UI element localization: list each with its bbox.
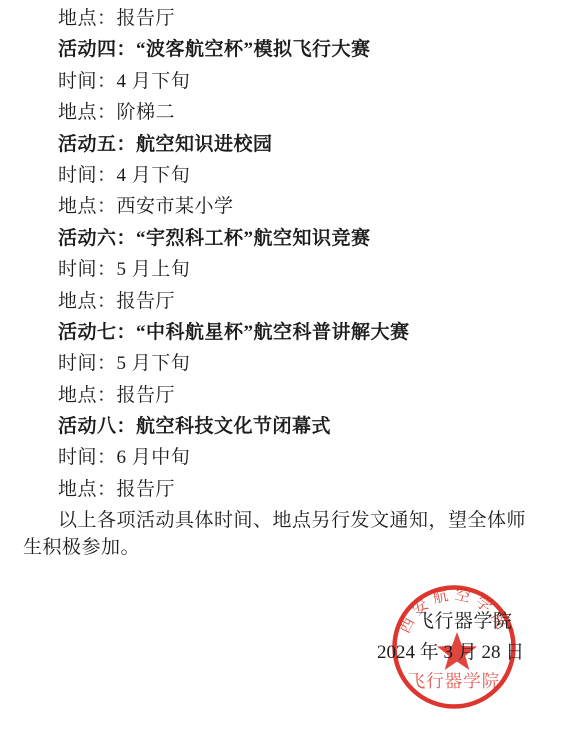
activity-title-line: 活动八：航空科技文化节闭幕式 (23, 411, 565, 442)
detail-line: 时间：6 月中旬 (23, 442, 565, 473)
detail-line: 地点：报告厅 (23, 286, 565, 317)
activity-title-line: 活动五：航空知识进校园 (23, 129, 565, 160)
activity-title-line: 活动六：“宇烈科工杯”航空知识竞赛 (23, 223, 565, 254)
document-page: 地点：报告厅活动四：“波客航空杯”模拟飞行大赛时间：4 月下旬地点：阶梯二活动五… (0, 0, 579, 754)
seal-bottom-text: 飞行器学院 (408, 671, 501, 691)
closing-line-1: 以上各项活动具体时间、地点另行发文通知，望全体师 (23, 507, 565, 534)
closing-paragraph: 以上各项活动具体时间、地点另行发文通知，望全体师 生积极参加。 (23, 507, 565, 561)
detail-line: 地点：西安市某小学 (23, 191, 565, 222)
signature-date: 2024 年 3 月 28 日 (377, 637, 524, 664)
document-body: 地点：报告厅活动四：“波客航空杯”模拟飞行大赛时间：4 月下旬地点：阶梯二活动五… (23, 3, 565, 505)
detail-line: 时间：5 月上旬 (23, 254, 565, 285)
detail-line: 时间：4 月下旬 (23, 160, 565, 191)
signature-org: 飞行器学院 (415, 606, 513, 633)
detail-line: 时间：4 月下旬 (23, 66, 565, 97)
activity-title-line: 活动七：“中科航星杯”航空科普讲解大赛 (23, 317, 565, 348)
detail-line: 地点：阶梯二 (23, 97, 565, 128)
closing-line-2: 生积极参加。 (23, 534, 565, 561)
detail-line: 地点：报告厅 (23, 3, 565, 34)
detail-line: 地点：报告厅 (23, 474, 565, 505)
detail-line: 地点：报告厅 (23, 380, 565, 411)
detail-line: 时间：5 月下旬 (23, 348, 565, 379)
activity-title-line: 活动四：“波客航空杯”模拟飞行大赛 (23, 34, 565, 65)
